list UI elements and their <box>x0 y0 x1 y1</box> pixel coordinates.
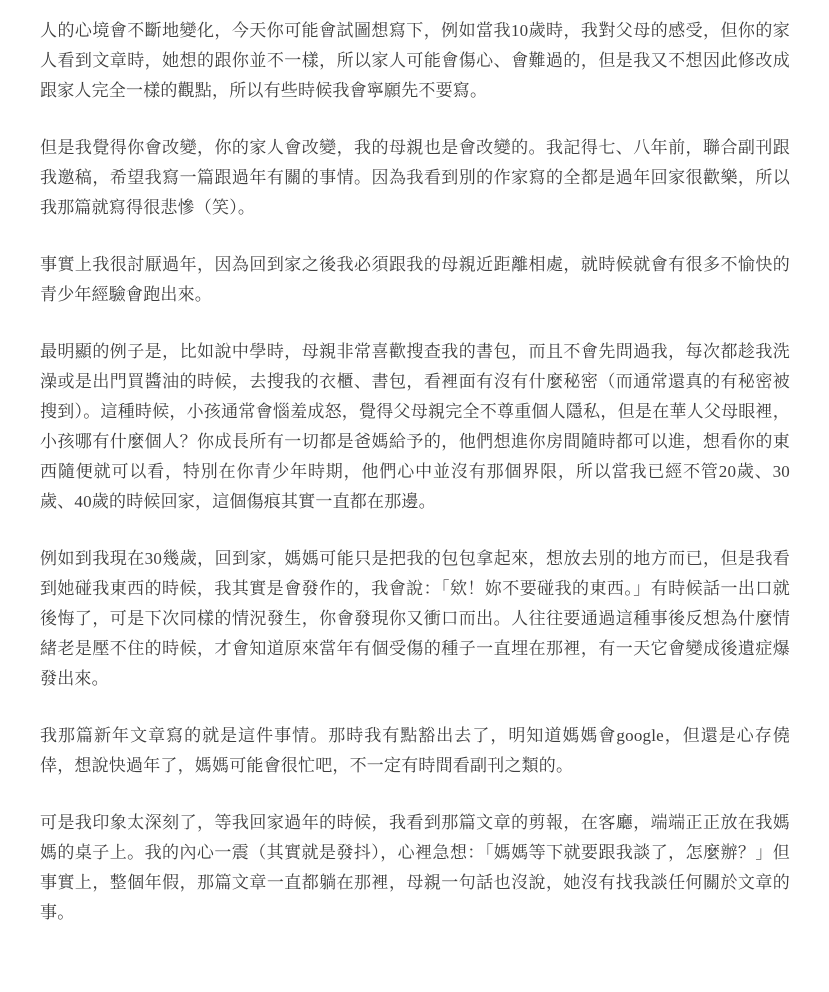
paragraph-2: 但是我覺得你會改變，你的家人會改變，我的母親也是會改變的。我記得七、八年前，聯合… <box>40 133 790 223</box>
paragraph-5: 例如到我現在30幾歲，回到家，媽媽可能只是把我的包包拿起來，想放去別的地方而已，… <box>40 544 790 694</box>
paragraph-1: 人的心境會不斷地變化，今天你可能會試圖想寫下，例如當我10歲時，我對父母的感受，… <box>40 16 790 106</box>
article-body: 人的心境會不斷地變化，今天你可能會試圖想寫下，例如當我10歲時，我對父母的感受，… <box>0 0 829 928</box>
paragraph-4: 最明顯的例子是，比如說中學時，母親非常喜歡搜查我的書包，而且不會先問過我，每次都… <box>40 337 790 517</box>
paragraph-3: 事實上我很討厭過年，因為回到家之後我必須跟我的母親近距離相處，就時候就會有很多不… <box>40 250 790 310</box>
paragraph-6: 我那篇新年文章寫的就是這件事情。那時我有點豁出去了，明知道媽媽會google，但… <box>40 721 790 781</box>
paragraph-7: 可是我印象太深刻了，等我回家過年的時候，我看到那篇文章的剪報，在客廳，端端正正放… <box>40 808 790 928</box>
